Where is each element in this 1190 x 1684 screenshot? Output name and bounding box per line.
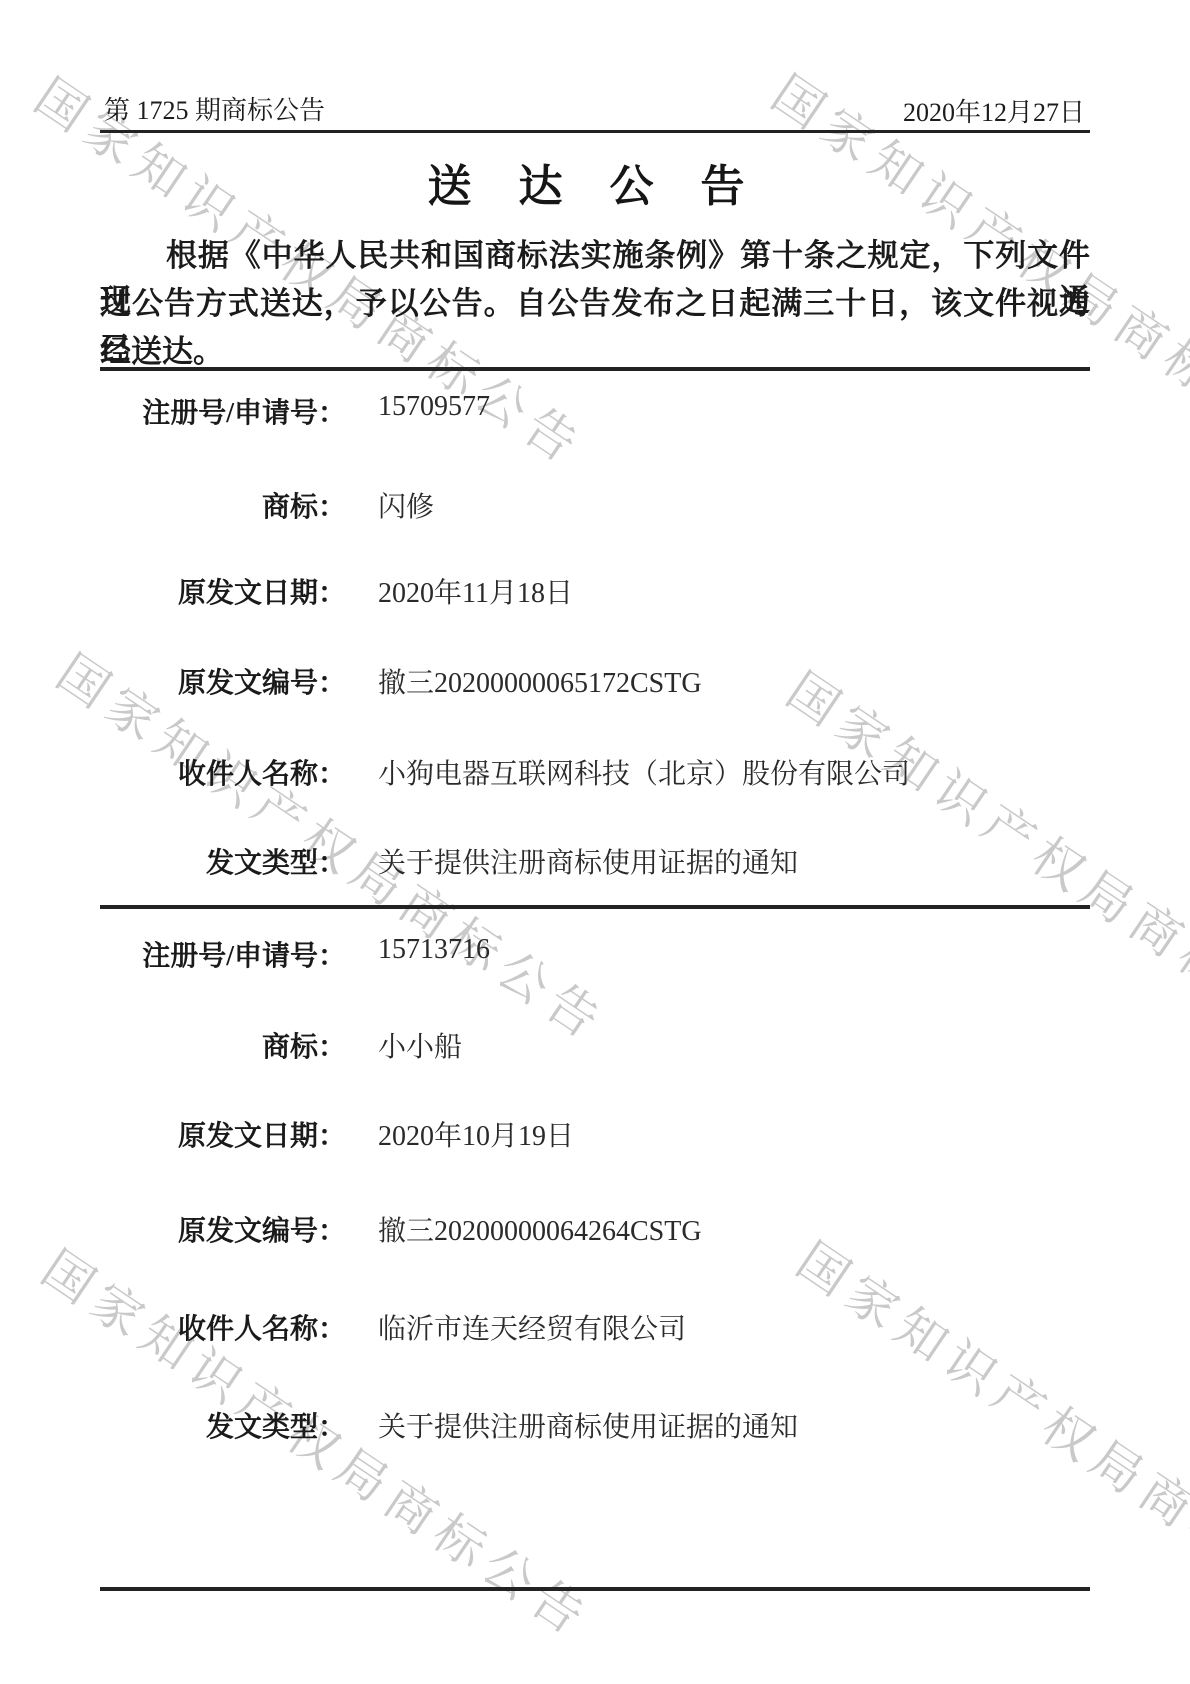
field-row: 收件人名称： 小狗电器互联网科技（北京）股份有限公司 xyxy=(100,752,1090,786)
field-value: 小狗电器互联网科技（北京）股份有限公司 xyxy=(378,752,910,792)
field-value: 闪修 xyxy=(378,485,434,525)
field-row: 商标： 小小船 xyxy=(100,1025,1090,1059)
field-value: 关于提供注册商标使用证据的通知 xyxy=(378,1405,798,1445)
field-label: 收件人名称： xyxy=(100,1307,346,1347)
field-label: 商标： xyxy=(100,485,346,525)
field-value: 临沂市连天经贸有限公司 xyxy=(378,1307,686,1347)
header-rule xyxy=(100,130,1090,133)
field-row: 收件人名称： 临沂市连天经贸有限公司 xyxy=(100,1307,1090,1341)
field-label: 原发文日期： xyxy=(100,571,346,611)
field-value: 撤三20200000064264CSTG xyxy=(378,1209,702,1249)
header-date: 2020年12月27日 xyxy=(903,92,1085,129)
field-label: 注册号/申请号： xyxy=(100,391,346,431)
field-value: 15709577 xyxy=(378,391,490,423)
notice-paragraph-line: 经送达。 xyxy=(100,326,1090,371)
field-row: 原发文日期： 2020年11月18日 xyxy=(100,571,1090,605)
section-divider xyxy=(100,1587,1090,1591)
section-divider xyxy=(100,367,1090,371)
field-label: 发文类型： xyxy=(100,841,346,881)
field-row: 注册号/申请号： 15709577 xyxy=(100,391,1090,425)
field-value: 15713716 xyxy=(378,934,490,966)
field-label: 原发文编号： xyxy=(100,661,346,701)
gazette-page: 国家知识产权局商标公告 国家知识产权局商标公告 国家知识产权局商标公告 国家知识… xyxy=(0,0,1190,1684)
page-content: 第 1725 期商标公告 2020年12月27日 送 达 公 告 根据《中华人民… xyxy=(0,0,1190,1684)
field-label: 商标： xyxy=(100,1025,346,1065)
field-label: 发文类型： xyxy=(100,1405,346,1445)
field-label: 收件人名称： xyxy=(100,752,346,792)
field-value: 关于提供注册商标使用证据的通知 xyxy=(378,841,798,881)
field-value: 撤三20200000065172CSTG xyxy=(378,661,702,701)
section-divider xyxy=(100,905,1090,909)
field-row: 商标： 闪修 xyxy=(100,485,1090,519)
field-label: 注册号/申请号： xyxy=(100,934,346,974)
field-value: 小小船 xyxy=(378,1025,462,1065)
field-row: 原发文编号： 撤三20200000065172CSTG xyxy=(100,661,1090,695)
header-issue-number: 第 1725 期商标公告 xyxy=(104,90,325,127)
field-row: 原发文编号： 撤三20200000064264CSTG xyxy=(100,1209,1090,1243)
page-title: 送 达 公 告 xyxy=(100,150,1090,214)
field-label: 原发文编号： xyxy=(100,1209,346,1249)
field-row: 注册号/申请号： 15713716 xyxy=(100,934,1090,968)
field-row: 原发文日期： 2020年10月19日 xyxy=(100,1114,1090,1148)
field-value: 2020年11月18日 xyxy=(378,571,573,611)
field-row: 发文类型： 关于提供注册商标使用证据的通知 xyxy=(100,841,1090,875)
field-label: 原发文日期： xyxy=(100,1114,346,1154)
field-row: 发文类型： 关于提供注册商标使用证据的通知 xyxy=(100,1405,1090,1439)
field-value: 2020年10月19日 xyxy=(378,1114,574,1154)
